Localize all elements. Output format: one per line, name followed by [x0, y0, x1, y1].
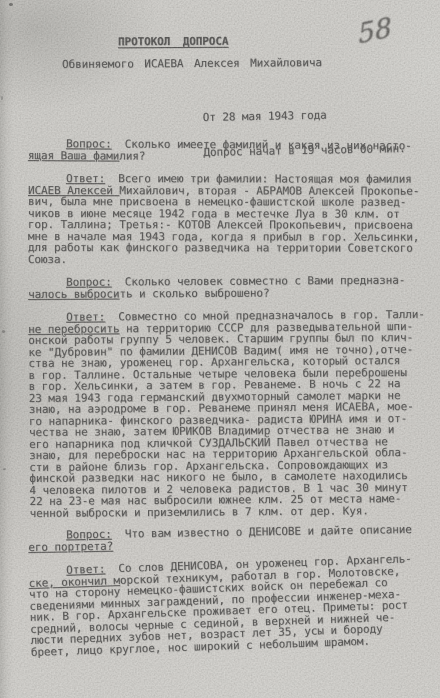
question-block-2: Вопрос: Сколько человек совместно с Вами…	[28, 275, 405, 300]
text-line: чалось выбросить и сколько выброшено?	[28, 286, 405, 300]
question-block-3: Вопрос: Что вам известно о ДЕНИСОВЕ и да…	[28, 524, 412, 553]
text-line: Союза.	[28, 253, 419, 265]
question-block-1: Вопрос: Сколько имеете фамилий и какая и…	[28, 138, 412, 163]
text-line: для работы как финского разведчика на те…	[28, 242, 419, 254]
scanned-document-page: 58 ПРОТОКОЛ ДОПРОСА Обвиняемого ИСАЕВА А…	[0, 0, 440, 698]
document-subtitle: Обвиняемого ИСАЕВА Алексея Михайловича	[62, 57, 322, 70]
document-title: ПРОТОКОЛ ДОПРОСА	[118, 36, 228, 48]
answer-block-2: Ответ: Совместно со мной предназначалось…	[28, 309, 426, 519]
date-block: От 28 мая 1943 года Допрос начат в 19 ча…	[202, 85, 406, 181]
answer-block-1: Ответ: Всего имею три фамилии: Настоящая…	[28, 173, 420, 266]
text-line: ченной выброски и приземлились в 7 клм. …	[30, 504, 427, 519]
answer-block-3: Ответ: Со слов ДЕНИСОВА, он уроженец гор…	[28, 553, 415, 658]
date-line: От 28 мая 1943 года	[203, 108, 405, 123]
document-ink-layer: ПРОТОКОЛ ДОПРОСА Обвиняемого ИСАЕВА Алек…	[0, 0, 440, 698]
